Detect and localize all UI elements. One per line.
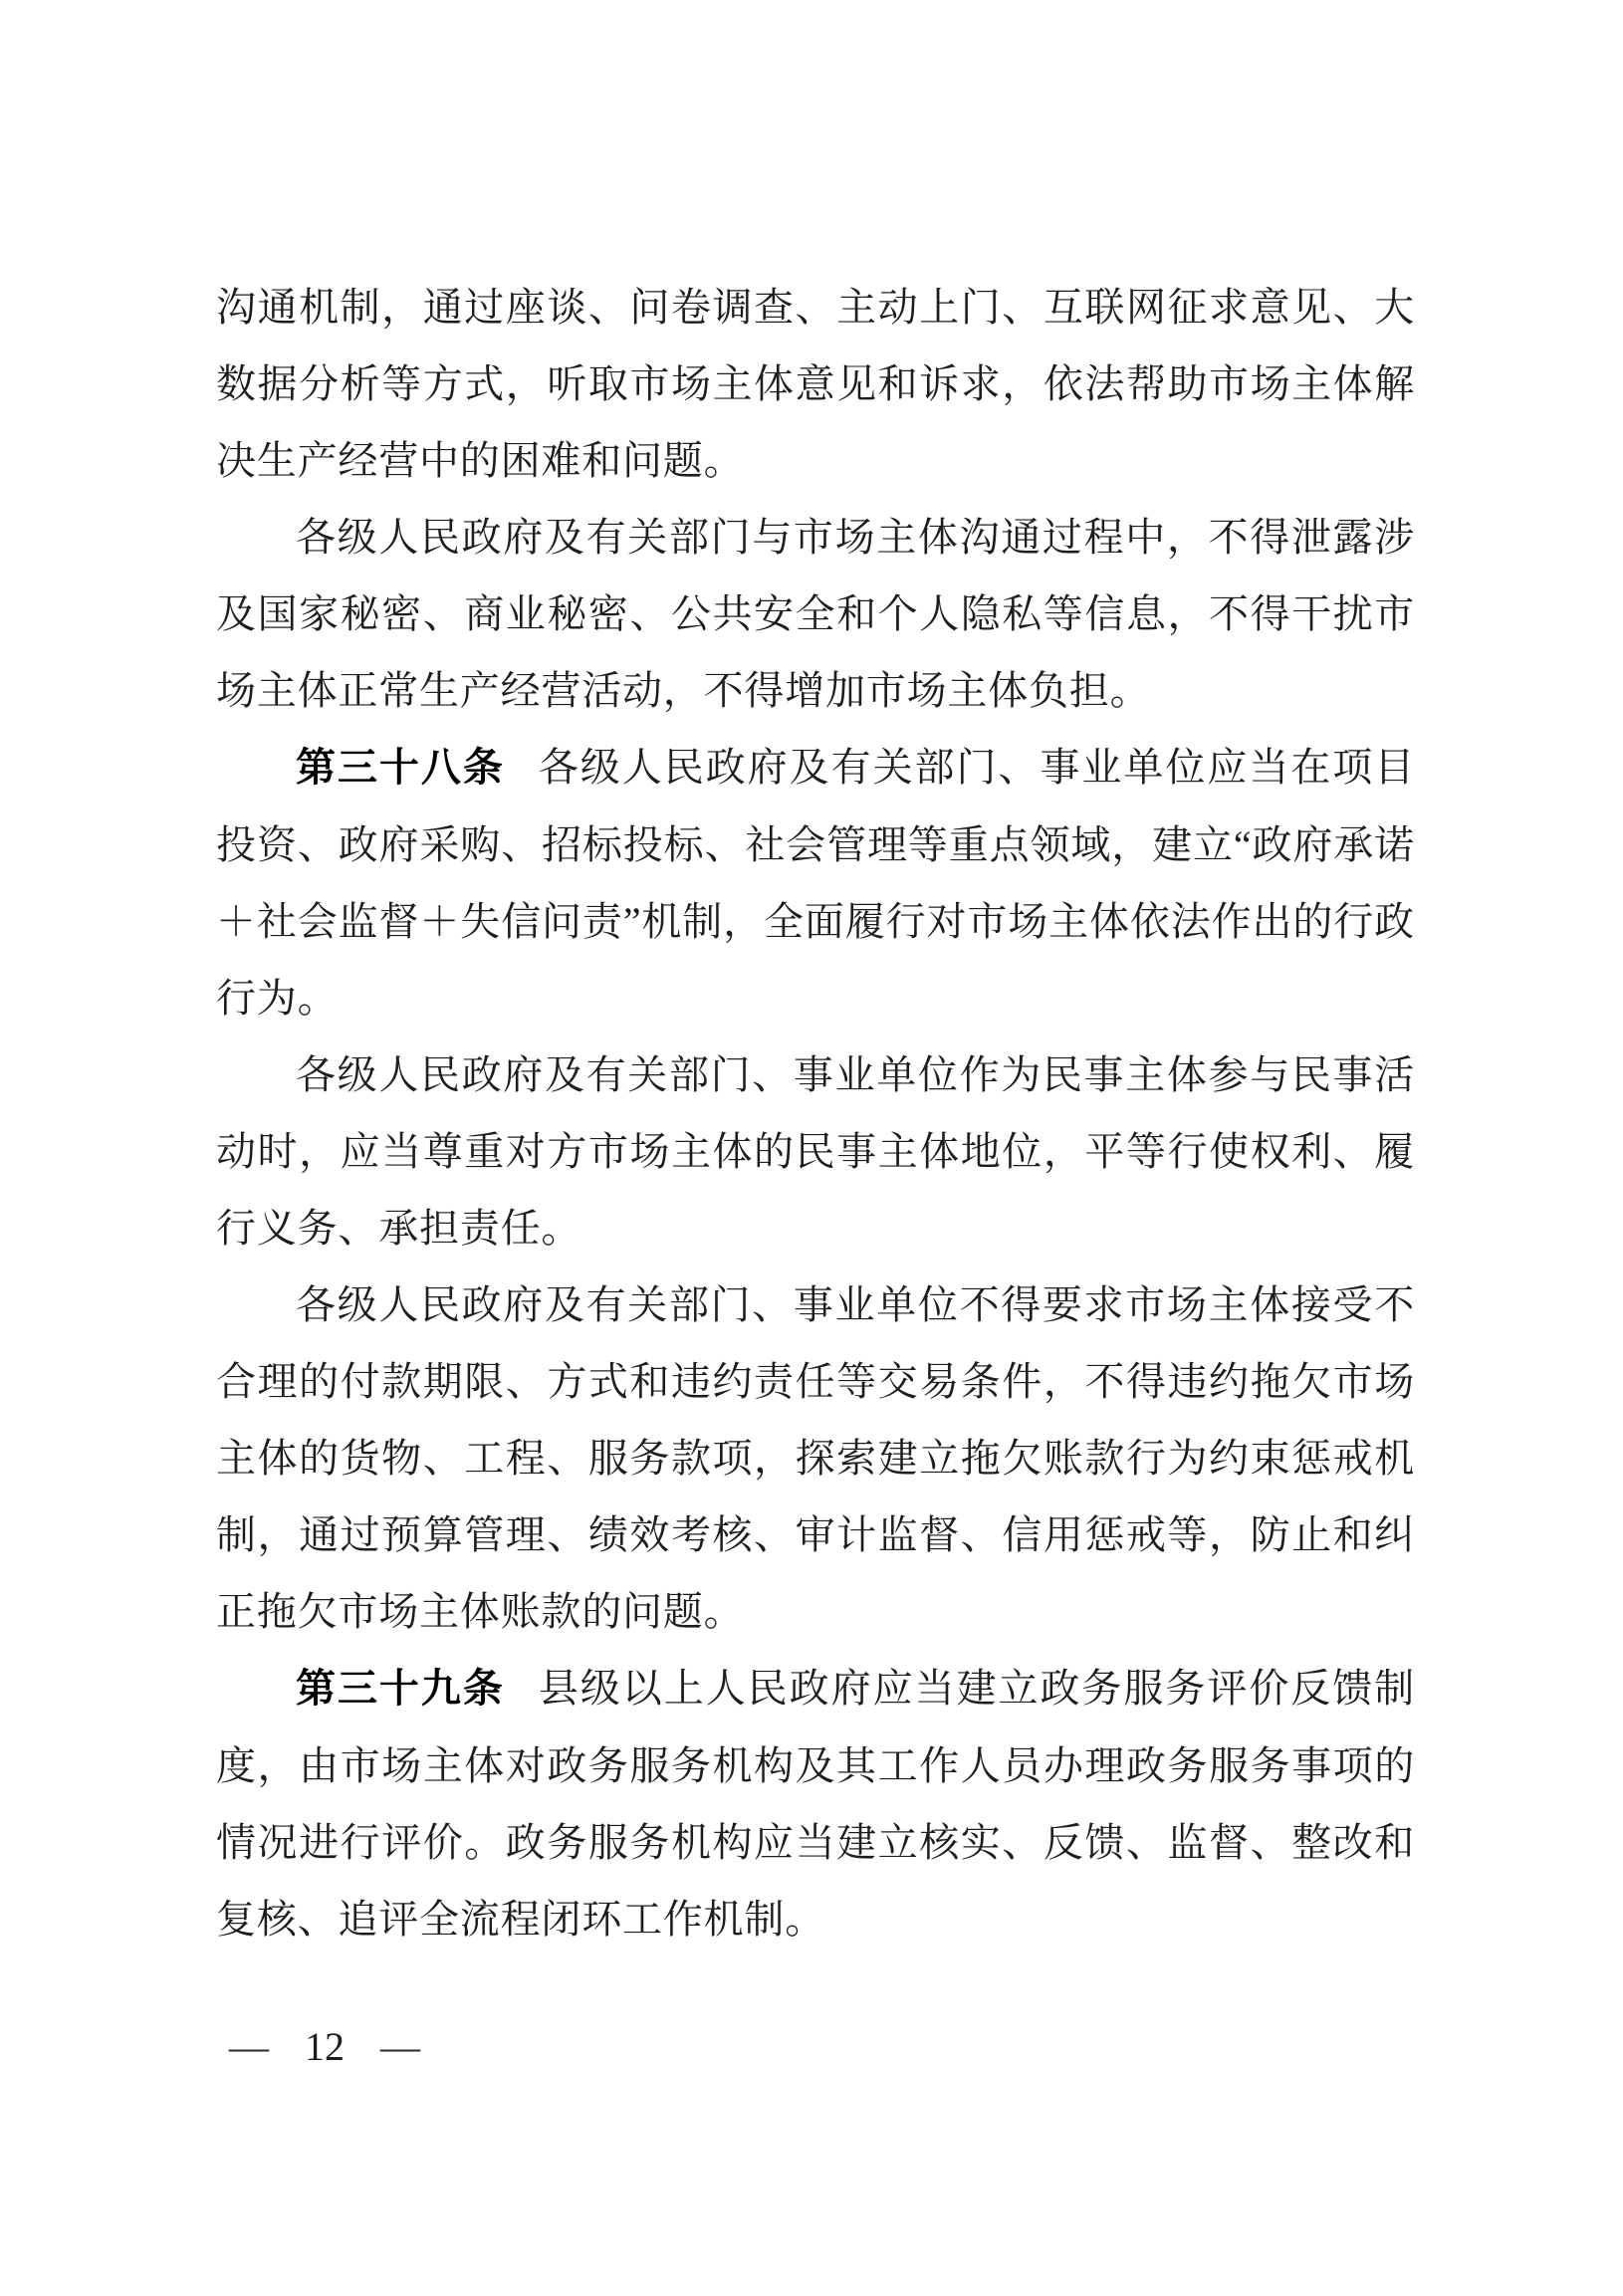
footer-dash-right: — (380, 2023, 420, 2070)
paragraph-continuation: 沟通机制，通过座谈、问卷调查、主动上门、互联网征求意见、大数据分析等方式，听取市… (216, 269, 1415, 499)
paragraph-article-38: 第三十八条各级人民政府及有关部门、事业单位应当在项目投资、政府采购、招标投标、社… (216, 729, 1415, 1036)
document-body: 沟通机制，通过座谈、问卷调查、主动上门、互联网征求意见、大数据分析等方式，听取市… (216, 269, 1415, 1957)
paragraph-text: 沟通机制，通过座谈、问卷调查、主动上门、互联网征求意见、大数据分析等方式，听取市… (216, 285, 1415, 483)
footer-dash-left: — (229, 2023, 269, 2070)
paragraph-text: 各级人民政府及有关部门与市场主体沟通过程中，不得泄露涉及国家秘密、商业秘密、公共… (216, 515, 1415, 713)
page-footer: — 12 — (229, 2021, 420, 2071)
paragraph: 各级人民政府及有关部门、事业单位作为民事主体参与民事活动时，应当尊重对方市场主体… (216, 1036, 1415, 1266)
paragraph: 各级人民政府及有关部门、事业单位不得要求市场主体接受不合理的付款期限、方式和违约… (216, 1266, 1415, 1650)
paragraph-text: 各级人民政府及有关部门、事业单位作为民事主体参与民事活动时，应当尊重对方市场主体… (216, 1052, 1415, 1251)
document-page: 沟通机制，通过座谈、问卷调查、主动上门、互联网征求意见、大数据分析等方式，听取市… (0, 0, 1623, 2296)
paragraph-article-39: 第三十九条县级以上人民政府应当建立政务服务评价反馈制度，由市场主体对政务服务机构… (216, 1650, 1415, 1957)
paragraph: 各级人民政府及有关部门与市场主体沟通过程中，不得泄露涉及国家秘密、商业秘密、公共… (216, 499, 1415, 729)
paragraph-text: 各级人民政府及有关部门、事业单位不得要求市场主体接受不合理的付款期限、方式和违约… (216, 1282, 1415, 1634)
article-38-number: 第三十八条 (296, 746, 505, 790)
page-number: 12 (305, 2023, 345, 2070)
article-39-number: 第三十九条 (296, 1667, 505, 1711)
